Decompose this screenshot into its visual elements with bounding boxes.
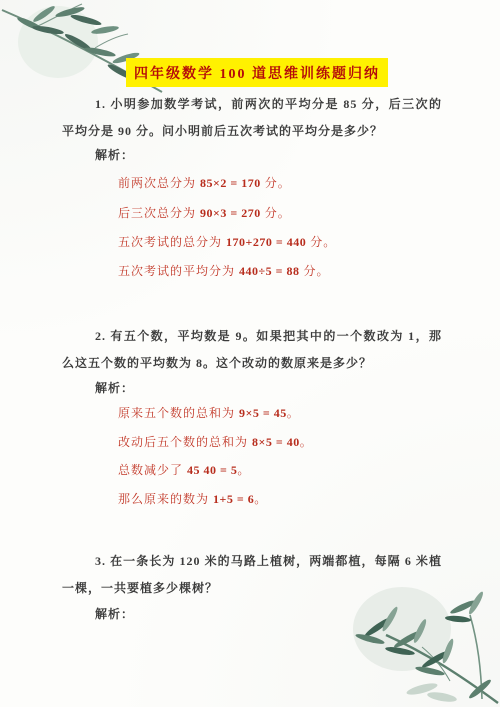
solution-suffix: 。	[300, 435, 313, 449]
solution-line: 五次考试的总分为 170+270 = 440 分。	[118, 232, 498, 252]
document-title: 四年级数学 100 道思维训练题归纳	[126, 58, 388, 87]
solution-text: 前两次总分为	[118, 176, 200, 190]
solution-text: 后三次总分为	[118, 206, 200, 220]
solution-line: 后三次总分为 90×3 = 270 分。	[118, 203, 498, 223]
solution-line: 总数减少了 45 40 = 5。	[118, 460, 498, 480]
document-page: 四年级数学 100 道思维训练题归纳 1. 小明参加数学考试，前两次的平均分是 …	[0, 0, 500, 707]
solution-suffix: 分。	[261, 176, 291, 190]
solution-text: 五次考试的平均分为	[118, 264, 239, 278]
question-1-text: 1. 小明参加数学考试，前两次的平均分是 85 分，后三次的平均分是 90 分。…	[62, 91, 442, 145]
solution-line: 原来五个数的总和为 9×5 = 45。	[118, 403, 498, 423]
solution-equation: 8×5 = 40	[252, 435, 300, 449]
question-2-text: 2. 有五个数，平均数是 9。如果把其中的一个数改为 1，那么这五个数的平均数为…	[62, 323, 442, 377]
solution-suffix: 。	[287, 406, 300, 420]
solution-suffix: 分。	[306, 235, 336, 249]
solution-text: 改动后五个数的总和为	[118, 435, 252, 449]
solution-text: 五次考试的总分为	[118, 235, 226, 249]
solution-text: 那么原来的数为	[118, 492, 213, 506]
solution-equation: 90×3 = 270	[200, 206, 261, 220]
solution-suffix: 分。	[261, 206, 291, 220]
solution-suffix: 。	[254, 492, 267, 506]
solution-line: 五次考试的平均分为 440÷5 = 88 分。	[118, 261, 498, 281]
solution-text: 原来五个数的总和为	[118, 406, 239, 420]
question-3-text: 3. 在一条长为 120 米的马路上植树，两端都植，每隔 6 米植一棵，一共要植…	[62, 548, 442, 602]
solution-equation: 45 40 = 5	[187, 463, 237, 477]
solution-equation: 170+270 = 440	[226, 235, 306, 249]
analysis-label-3: 解析：	[95, 604, 475, 624]
solution-equation: 440÷5 = 88	[239, 264, 299, 278]
title-row: 四年级数学 100 道思维训练题归纳	[0, 58, 500, 87]
solution-suffix: 。	[237, 463, 250, 477]
solution-line: 前两次总分为 85×2 = 170 分。	[118, 173, 498, 193]
solution-equation: 85×2 = 170	[200, 176, 261, 190]
solution-equation: 1+5 = 6	[213, 492, 254, 506]
analysis-label-1: 解析：	[95, 145, 475, 165]
solution-equation: 9×5 = 45	[239, 406, 287, 420]
solution-line: 改动后五个数的总和为 8×5 = 40。	[118, 432, 498, 452]
solution-text: 总数减少了	[118, 463, 187, 477]
solution-suffix: 分。	[299, 264, 329, 278]
analysis-label-2: 解析：	[95, 378, 475, 398]
solution-line: 那么原来的数为 1+5 = 6。	[118, 489, 498, 509]
